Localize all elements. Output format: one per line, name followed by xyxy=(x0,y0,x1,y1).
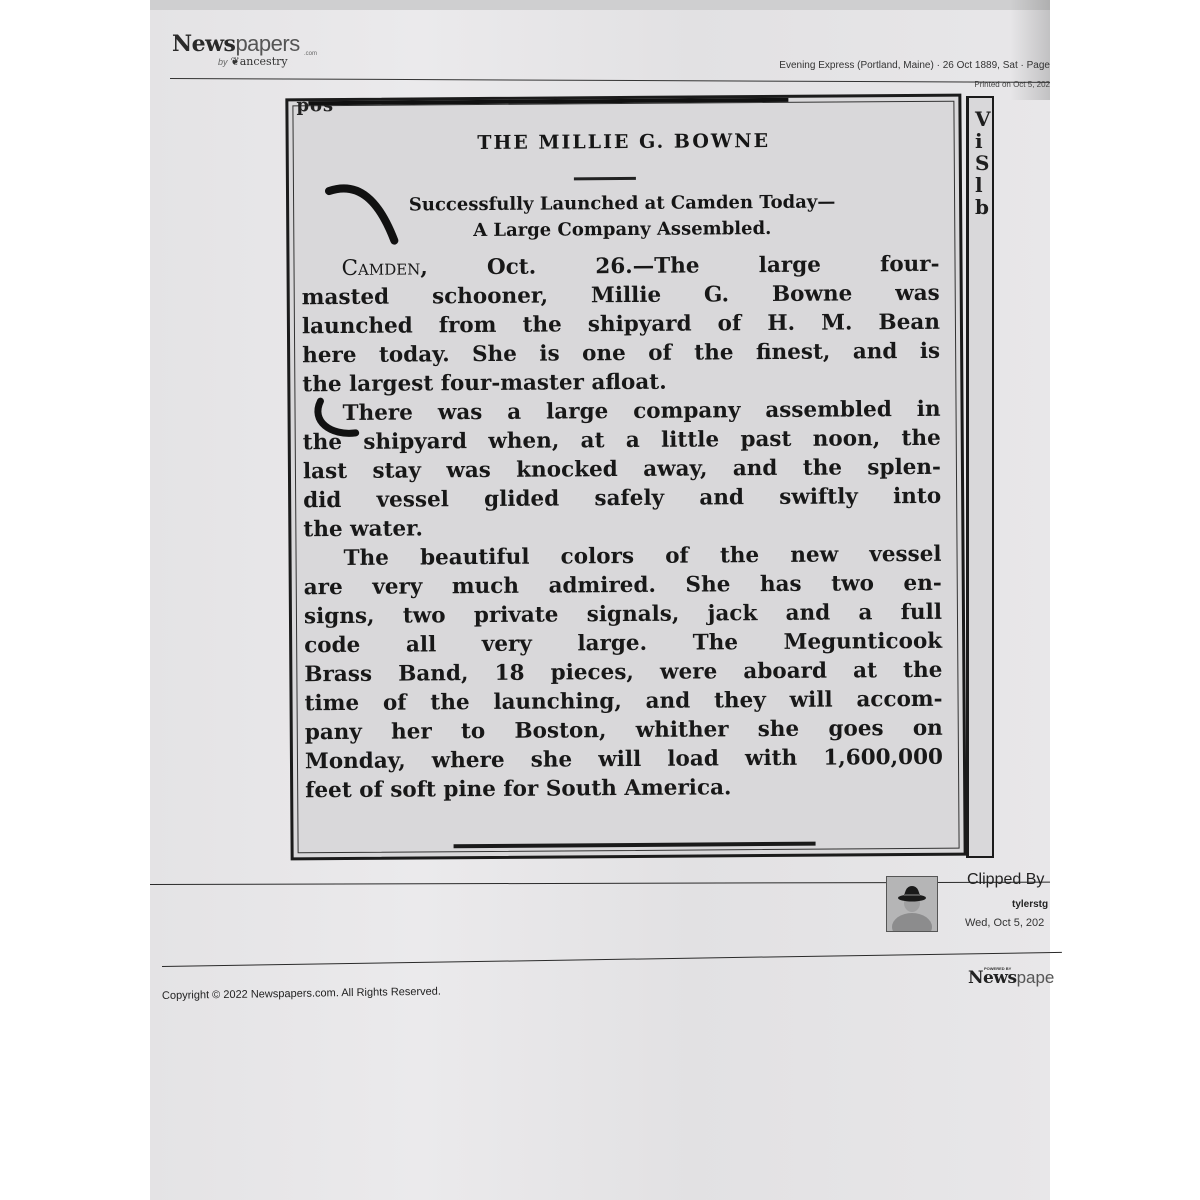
article-line: feet of soft pine for South America. xyxy=(305,772,943,805)
article-line: pany her to Boston, whither she goes on xyxy=(305,714,943,747)
article-line: code all very large. The Megunticook xyxy=(304,627,942,660)
article-headline: THE MILLIE G. BOWNE xyxy=(289,129,959,156)
clipped-by-label: Clipped By xyxy=(967,871,1044,889)
article-line: Camden, Oct. 26.—The large four- xyxy=(301,250,939,283)
headline-divider xyxy=(574,177,636,180)
article-subhead: Successfully Launched at Camden Today— A… xyxy=(297,189,947,246)
user-silhouette-icon xyxy=(887,877,937,931)
adjacent-column-letter: i xyxy=(975,130,992,152)
logo-com: .com xyxy=(304,51,317,57)
adjacent-column-letter: V xyxy=(975,108,992,130)
clipped-date: Wed, Oct 5, 202 xyxy=(965,917,1044,929)
header-divider xyxy=(170,78,1050,83)
previous-article-fragment: pos xyxy=(296,95,334,116)
article-line: launched from the shipyard of H. M. Bean xyxy=(302,308,940,341)
article-line: here today. She is one of the finest, an… xyxy=(302,337,940,370)
logo-by-text: by xyxy=(218,57,228,67)
adjacent-column-letter: l xyxy=(975,174,992,196)
article-line: time of the launching, and they will acc… xyxy=(304,685,942,718)
printed-page: Newspapers .com by❦ancestry Evening Expr… xyxy=(150,0,1050,1200)
article-line: signs, two private signals, jack and a f… xyxy=(304,598,942,631)
article-line: did vessel glided safely and swiftly int… xyxy=(303,482,941,515)
article-line: the shipyard when, at a little past noon… xyxy=(303,424,941,457)
logo-bold-part: News xyxy=(172,31,235,57)
newspaper-clipping: pos THE MILLIE G. BOWNE Successfully Lau… xyxy=(285,94,966,861)
article-line: the water. xyxy=(303,511,941,544)
powered-by-newspapers-logo: POWERED BY Newspape xyxy=(968,968,1054,988)
paper-edge-shadow xyxy=(150,0,1050,10)
powered-by-text: POWERED BY xyxy=(984,966,1011,971)
ancestry-leaf-icon: ❦ xyxy=(231,56,240,68)
subhead-line: A Large Company Assembled. xyxy=(297,215,947,246)
article-body: Camden, Oct. 26.—The large four-masted s… xyxy=(301,250,943,805)
article-line: last stay was knocked away, and the sple… xyxy=(303,453,941,486)
logo-byline: by❦ancestry xyxy=(218,55,300,68)
article-dateline: Camden xyxy=(341,255,420,281)
adjacent-column-letter: b xyxy=(975,196,992,218)
logo-wordmark: Newspapers xyxy=(172,34,300,54)
adjacent-column-letter: S xyxy=(975,152,992,174)
article-line: Brass Band, 18 pieces, were aboard at th… xyxy=(304,656,942,689)
article-line: Monday, where she will load with 1,600,0… xyxy=(305,743,943,776)
article-line: the largest four-master afloat. xyxy=(302,366,940,399)
article-line: are very much admired. She has two en- xyxy=(304,569,942,602)
logo-partner: ancestry xyxy=(240,55,288,68)
article-line: masted schooner, Millie G. Bowne was xyxy=(302,279,940,312)
newspaper-source: Evening Express (Portland, Maine) · 26 O… xyxy=(779,60,1050,71)
logo-light-part: papers xyxy=(235,31,299,56)
copyright-notice: Copyright © 2022 Newspapers.com. All Rig… xyxy=(162,986,441,1002)
clipped-by-user[interactable]: tylerstg xyxy=(1012,899,1048,910)
newspapers-logo: Newspapers .com by❦ancestry xyxy=(172,34,300,68)
user-avatar[interactable] xyxy=(886,876,938,932)
copyright-divider xyxy=(162,952,1062,967)
article-line: There was a large company assembled in xyxy=(302,395,940,428)
article-line: The beautiful colors of the new vessel xyxy=(303,540,941,573)
footer-logo-bold: News xyxy=(968,968,1017,988)
adjacent-column-fragment: ViSlb xyxy=(966,96,994,858)
footer-logo-light: pape xyxy=(1017,968,1055,987)
